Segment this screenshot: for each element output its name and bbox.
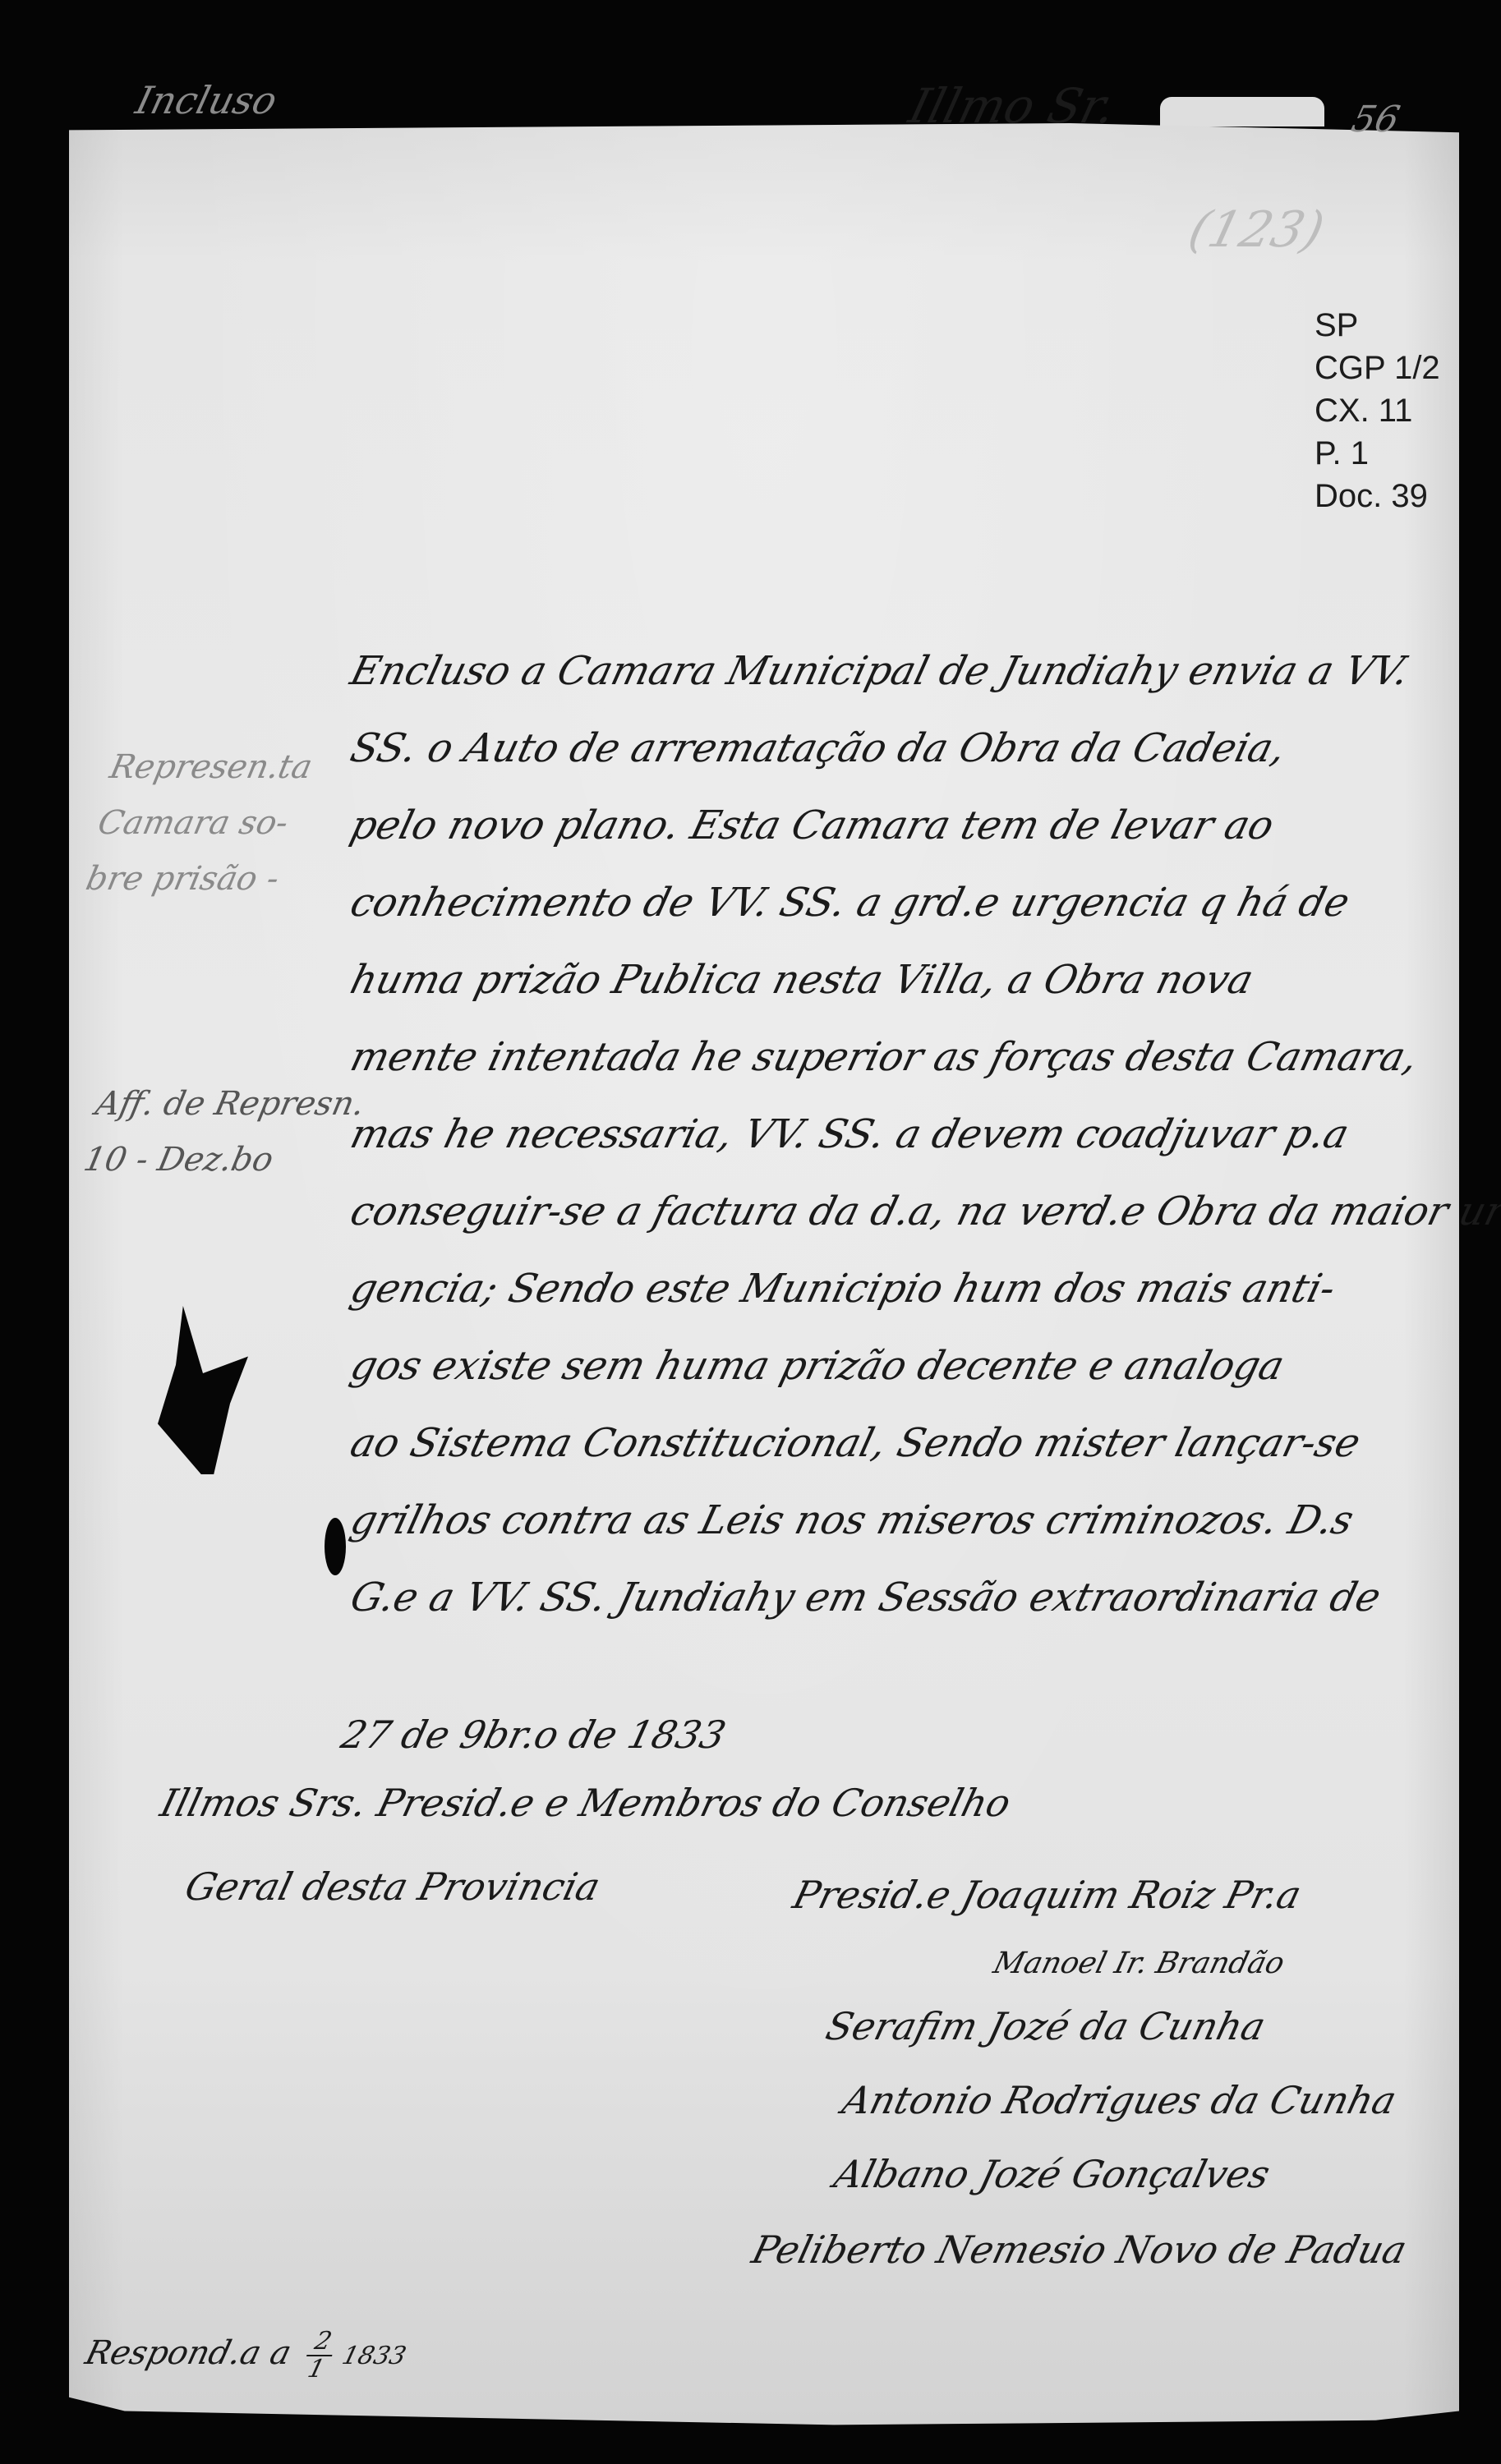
paper-tab-edge xyxy=(1160,97,1324,126)
signature: Peliberto Nemesio Novo de Padua xyxy=(748,2227,1411,2272)
body-line: gos existe sem huma prizão decente e ana… xyxy=(352,1327,1444,1404)
reply-label: Respond.a a xyxy=(81,2334,295,2372)
reply-date: 2 1 xyxy=(300,2328,339,2383)
archive-ref-line: SP xyxy=(1315,304,1440,347)
body-line: mas he necessaria, VV. SS. a devem coadj… xyxy=(352,1096,1444,1173)
margin-note-pencil: Represen.ta Camara so- bre prisão - xyxy=(81,739,317,907)
body-line: mente intentada he superior as forças de… xyxy=(352,1018,1444,1096)
body-line: G.e a VV. SS. Jundiahy em Sessão extraor… xyxy=(352,1559,1444,1636)
body-line: ao Sistema Constitucional, Sendo mister … xyxy=(352,1404,1444,1482)
body-line: gencia; Sendo este Municipio hum dos mai… xyxy=(352,1250,1444,1327)
letter-body: Encluso a Camara Municipal de Jundiahy e… xyxy=(352,632,1444,1636)
margin-note-line: 10 - Dez.bo xyxy=(79,1132,358,1188)
signature: Serafim Jozé da Cunha xyxy=(822,2004,1270,2048)
archive-ref-line: CX. 11 xyxy=(1315,389,1440,432)
margin-note-line: Represen.ta xyxy=(104,739,317,795)
addressee-line: Geral desta Provincia xyxy=(181,1864,605,1909)
body-line: huma prizão Publica nesta Villa, a Obra … xyxy=(352,941,1444,1018)
body-line: grilhos contra as Leis nos miseros crimi… xyxy=(352,1482,1444,1559)
faint-folio-number: (123) xyxy=(1183,201,1330,259)
signature: Antonio Rodrigues da Cunha xyxy=(838,2078,1401,2122)
body-line: conhecimento de VV. SS. a grd.e urgencia… xyxy=(352,864,1444,941)
ink-blot xyxy=(325,1518,346,1575)
margin-note-line: bre prisão - xyxy=(81,851,293,907)
archive-reference-stamp: SP CGP 1/2 CX. 11 P. 1 Doc. 39 xyxy=(1315,304,1440,517)
margin-note-line: Camara so- xyxy=(93,795,306,851)
letter-date: 27 de 9br.o de 1833 xyxy=(337,1712,730,1757)
signature: Manoel Ir. Brandão xyxy=(990,1947,1288,1980)
body-line: pelo novo plano. Esta Camara tem de leva… xyxy=(352,787,1444,864)
margin-note-line: Aff. de Represn. xyxy=(90,1076,370,1132)
signature: Presid.e Joaquim Roiz Pr.a xyxy=(789,1873,1305,1917)
archive-ref-line: Doc. 39 xyxy=(1315,475,1440,517)
body-line: conseguir-se a factura da d.a, na verd.e… xyxy=(352,1173,1444,1250)
archive-ref-line: CGP 1/2 xyxy=(1315,347,1440,389)
corner-note: Incluso xyxy=(131,78,282,122)
reply-month: 1 xyxy=(305,2355,328,2384)
body-line: SS. o Auto de arrematação da Obra da Cad… xyxy=(352,710,1444,787)
addressee-line: Illmos Srs. Presid.e e Membros do Consel… xyxy=(156,1781,1015,1825)
margin-note-filing: Aff. de Represn. 10 - Dez.bo xyxy=(79,1076,371,1188)
signature: Albano Jozé Gonçalves xyxy=(830,2152,1274,2196)
reply-note: Respond.a a 2 1 1833 xyxy=(79,2328,412,2383)
reply-day: 2 xyxy=(306,2328,339,2356)
salutation: Illmo Sr. xyxy=(904,78,1121,134)
archive-ref-line: P. 1 xyxy=(1315,432,1440,475)
body-line: Encluso a Camara Municipal de Jundiahy e… xyxy=(352,632,1444,710)
